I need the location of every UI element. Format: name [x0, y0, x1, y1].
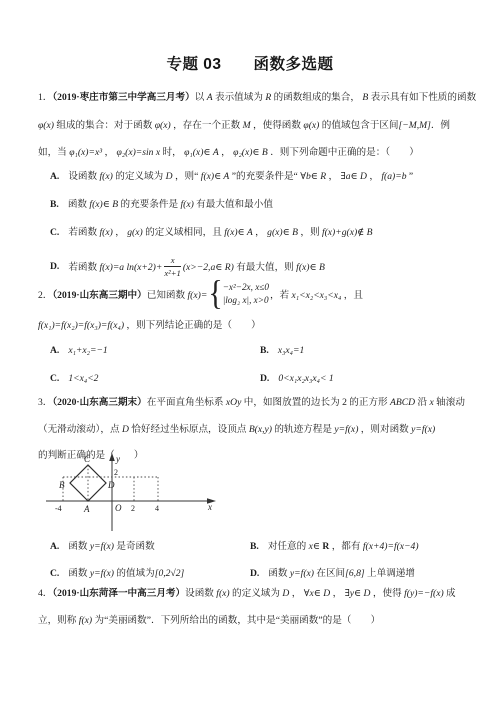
option-label: C. — [50, 219, 59, 247]
question-4-line-2: 立，则称 f(x) 为“美丽函数”．下列所给出的函数，其中是“美丽函数”的是（ … — [38, 607, 468, 634]
x-tick-2: 2 — [131, 504, 135, 513]
piecewise-cases: −x²−2x, x≤0 |log₂ x|, x>0 — [223, 281, 269, 308]
question-3-options-row-1: A. 函数 y=f(x) 是奇函数 B. 对任意的 x∈ R ，都有 f(x+4… — [38, 533, 468, 560]
question-2-head-pre: 2．（2019·山东高三期中）已知函数 f(x)= — [38, 287, 207, 301]
piecewise-brace: { — [208, 277, 222, 312]
piecewise-case-2: |log₂ x|, x>0 — [223, 294, 269, 308]
option-label: C. — [50, 365, 59, 393]
option-text: 若函数 f(x) ， g(x) 的定义域相同，且 f(x)∈ A ， g(x)∈… — [68, 219, 372, 247]
question-1-line-2: φ(x) 组成的集合：对于函数 φ(x) ，存在一个正数 M ，使得函数 φ(x… — [38, 112, 468, 140]
vertex-d-label: D — [107, 480, 115, 490]
question-2-line-2: f(x₁)=f(x₂)=f(x₃)=f(x₄) ，则下列结论正确的是（ ） — [38, 312, 468, 339]
question-3-line-2: （无滑动滚动），点 D 恰好经过坐标原点，设顶点 B(x,y) 的轨迹方程是 y… — [38, 417, 468, 444]
question-1-option-a: A. 设函数 f(x) 的定义域为 D ，则“ f(x)∈ A ”的充要条件是“… — [38, 163, 468, 191]
option-label: B. — [50, 191, 59, 219]
question-3-option-a: A. 函数 y=f(x) 是奇函数 — [50, 533, 250, 560]
option-label: B. — [260, 337, 269, 365]
y-axis-label: y — [115, 454, 120, 464]
option-text: 0<x₁x₂x₃x₄< 1 — [278, 365, 333, 393]
question-2-head-post: ，若 x₁<x₂<x₃<x₄ ，且 — [270, 287, 363, 301]
coordinate-axes-figure: C B D A O -4 2 4 2 x y — [44, 451, 224, 535]
worksheet-page: 专题 03 函数多选题 1．（2019·枣庄市第三中学高三月考）以 A 表示值域… — [0, 0, 500, 707]
option-label: A. — [50, 337, 59, 365]
question-2-options-row-2: C. 1<x₄<2 D. 0<x₁x₂x₃x₄< 1 — [38, 365, 468, 393]
question-2-options-row-1: A. x₁+x₂=−1 B. x₃x₄=1 — [38, 337, 468, 365]
option-label: D. — [50, 261, 59, 272]
question-2-option-b: B. x₃x₄=1 — [260, 337, 304, 365]
option-label: D. — [260, 365, 269, 393]
worksheet-content: 1．（2019·枣庄市第三中学高三月考）以 A 表示值域为 R 的函数组成的集合… — [38, 0, 468, 707]
question-1-line-1: 1．（2019·枣庄市第三中学高三月考）以 A 表示值域为 R 的函数组成的集合… — [38, 84, 468, 112]
option-text: x₃x₄=1 — [278, 337, 304, 365]
vertex-a-label: A — [83, 504, 90, 514]
y-tick-2: 2 — [114, 468, 118, 477]
option-label: A. — [50, 163, 59, 191]
x-tick-4: 4 — [155, 504, 159, 513]
question-1-option-b: B. 函数 f(x)∈ B 的充要条件是 f(x) 有最大值和最小值 — [38, 191, 468, 219]
question-1-options: A. 设函数 f(x) 的定义域为 D ，则“ f(x)∈ A ”的充要条件是“… — [38, 163, 468, 285]
question-4-text: 4．（2019·山东菏泽一中高三月考）设函数 f(x) 的定义域为 D ， ∀x… — [38, 580, 468, 634]
question-2-option-c: C. 1<x₄<2 — [50, 365, 260, 393]
x-tick-minus4: -4 — [55, 504, 62, 513]
x-axis-label: x — [207, 502, 212, 512]
question-2-head: 2．（2019·山东高三期中）已知函数 f(x)= { −x²−2x, x≤0 … — [38, 274, 468, 314]
question-2-text: f(x₁)=f(x₂)=f(x₃)=f(x₄) ，则下列结论正确的是（ ） — [38, 312, 468, 339]
vertex-c-label: C — [84, 454, 91, 464]
piecewise-function: { −x²−2x, x≤0 |log₂ x|, x>0 — [208, 279, 269, 309]
option-text-pre: 若函数 f(x)=a ln(x+2)+ — [68, 259, 162, 273]
option-text: 函数 f(x)∈ B 的充要条件是 f(x) 有最大值和最小值 — [68, 191, 273, 219]
option-label: B. — [250, 533, 259, 560]
vertex-b-label: B — [59, 480, 65, 490]
question-3-figure: C B D A O -4 2 4 2 x y — [44, 451, 224, 538]
option-text: x₁+x₂=−1 — [68, 337, 107, 365]
question-4-line-1: 4．（2019·山东菏泽一中高三月考）设函数 f(x) 的定义域为 D ， ∀x… — [38, 580, 468, 607]
option-text: 函数 y=f(x) 是奇函数 — [68, 533, 154, 560]
question-2-options: A. x₁+x₂=−1 B. x₃x₄=1 C. 1<x₄<2 D. 0<x₁x… — [38, 337, 468, 392]
question-1-text: 1．（2019·枣庄市第三中学高三月考）以 A 表示值域为 R 的函数组成的集合… — [38, 84, 468, 167]
option-text: 设函数 f(x) 的定义域为 D ，则“ f(x)∈ A ”的充要条件是“ ∀b… — [68, 163, 413, 191]
y-axis-arrow — [109, 453, 115, 461]
question-1-option-c: C. 若函数 f(x) ， g(x) 的定义域相同，且 f(x)∈ A ， g(… — [38, 219, 468, 247]
option-text: 1<x₄<2 — [68, 365, 98, 393]
question-3-line-1: 3．（2020·山东高三期末）在平面直角坐标系 xOy 中，如图放置的边长为 2… — [38, 390, 468, 417]
question-3-option-b: B. 对任意的 x∈ R ，都有 f(x+4)=f(x−4) — [250, 533, 419, 560]
option-text: 对任意的 x∈ R ，都有 f(x+4)=f(x−4) — [268, 533, 419, 560]
question-3-options: A. 函数 y=f(x) 是奇函数 B. 对任意的 x∈ R ，都有 f(x+4… — [38, 533, 468, 587]
origin-label: O — [115, 503, 122, 513]
question-2-option-a: A. x₁+x₂=−1 — [50, 337, 260, 365]
piecewise-case-1: −x²−2x, x≤0 — [223, 281, 269, 295]
option-text-post: (x>−2,a∈ R) 有最大值，则 f(x)∈ B — [183, 259, 325, 273]
option-label: A. — [50, 533, 59, 560]
fraction-numerator: x — [164, 255, 181, 267]
question-2-option-d: D. 0<x₁x₂x₃x₄< 1 — [260, 365, 334, 393]
